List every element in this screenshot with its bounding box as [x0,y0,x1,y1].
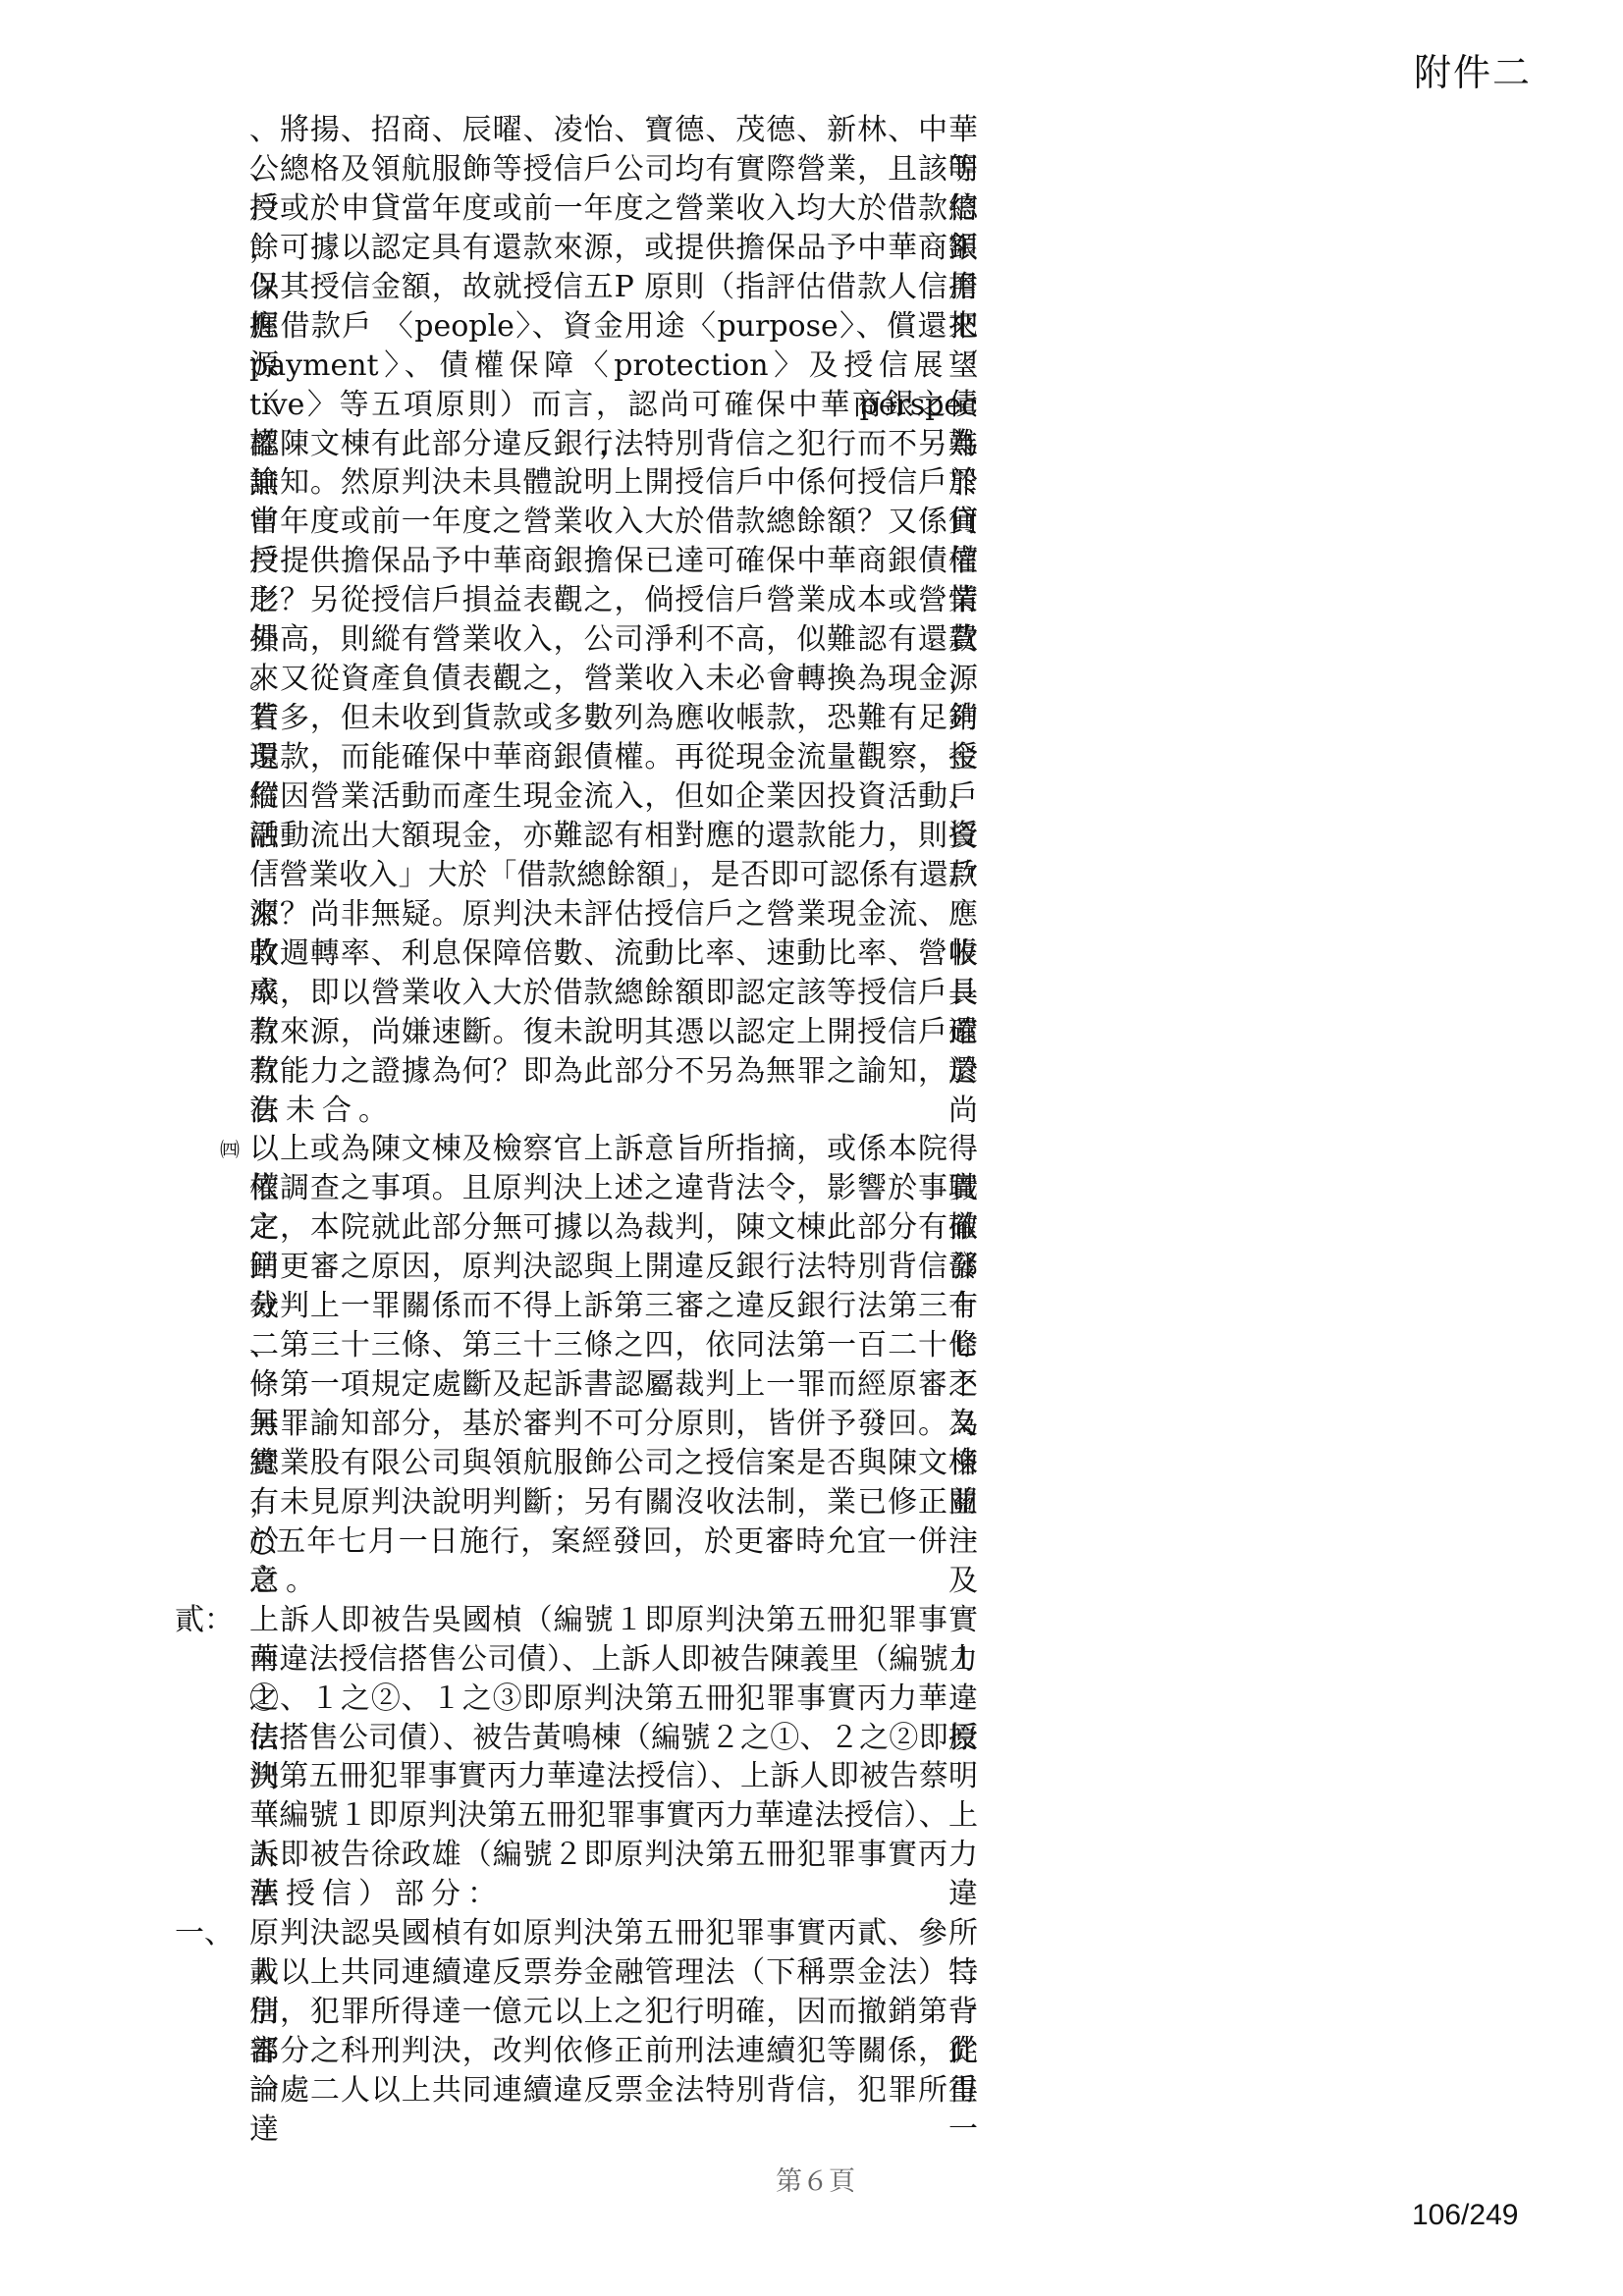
text-line: 定，本院就此部分無可據以為裁判，陳文棟此部分有撤銷發 [249,1208,978,1248]
text-line: 縱因營業活動而產生現金流入，但如企業因投資活動、融資 [249,777,978,817]
page-count: 106/249 [1412,2199,1518,2232]
text-line: 保其授信金額，故就授信五P 原則（指評估借款人信用應把 [249,268,978,307]
page-number: 第６頁 [776,2160,855,2198]
text-line: 、總格及領航服飾等授信戶公司均有實際營業，且該等授信 [249,150,978,189]
list-marker: 貳： [175,1601,234,1640]
text-line: 之。 [249,1562,322,1601]
text-line: ○五年七月一日施行，案經發回，於更審時允宜一併注意及 [249,1522,978,1562]
text-line: 「營業收入」大於「借款總餘額」，是否即可認係有還款來 [249,856,978,895]
text-line: 。又從資產負債表觀之，營業收入未必會轉換為現金，若銷 [249,660,978,699]
text-line: 、將揚、招商、辰曜、凌怡、寶德、茂德、新林、中華公明 [249,111,978,150]
text-line: 諭知。然原判決未具體說明上開授信戶中係何授信戶於申貸 [249,463,978,503]
list-marker: ㈣ [220,1130,240,1169]
text-line: 人即被告徐政雄（編號２即原判決第五冊犯罪事實丙力華違 [249,1836,978,1875]
text-line: 回更審之原因，原判決認與上開違反銀行法特別背信部分有 [249,1248,978,1287]
text-line: ，可據以認定具有還款來源，或提供擔保品予中華商銀以擔 [249,229,978,268]
text-line: 論處二人以上共同連續違反票金法特別背信，犯罪所得達一 [249,2071,978,2110]
text-line: 源？尚非無疑。原判決未評估授信戶之營業現金流、應收帳 [249,895,978,934]
annex-label: 附件二 [1414,51,1532,94]
text-line: 法授信）部分： [249,1875,504,1914]
text-line: 人以上共同連續違反票券金融管理法（下稱票金法）特別背 [249,1953,978,1993]
text-line: 戶或於申貸當年度或前一年度之營業收入均大於借款總餘額 [249,189,978,229]
text-line: 活動流出大額現金，亦難認有相對應的還款能力，則授信戶 [249,817,978,856]
text-line: 信搭售公司債）、被告黃鳴棟（編號２之①、２之②即原判 [249,1719,978,1758]
text-line: 款來源，尚嫌速斷。復未說明其憑以認定上開授信戶確有還 [249,1013,978,1052]
text-line: 貨多，但未收到貨款或多數列為應收帳款，恐難有足夠現金 [249,699,978,738]
text-line: 有未合。 [249,1092,395,1131]
list-marker: 一、 [175,1914,234,1953]
text-line: 款週轉率、利息保障倍數、流動比率、速動比率、營收成長 [249,934,978,974]
text-line: 率，即以營業收入大於借款總餘額即認定該等授信戶具有還 [249,974,978,1013]
text-line: 還款，而能確保中華商銀債權。再從現金流量觀察，授信戶 [249,738,978,777]
text-line: 認陳文棟有此部分違反銀行法特別背信之犯行而不另為無罪 [249,425,978,464]
text-line: （編號１即原判決第五冊犯罪事實丙力華違法授信）、上訴 [249,1796,978,1836]
text-line: 一第一項規定處斷及起訴書認屬裁判上一罪而經原審不另為 [249,1365,978,1405]
text-line: tive〉等五項原則）而言，認尚可確保中華商銀之債權，難 [249,386,978,425]
text-line: 握借款戶 〈people〉、資金用途〈purpose〉、償還來源〈 [249,307,978,347]
text-line: 上訴人即被告吳國楨（編號１即原判決第五冊犯罪事實丙力 [249,1601,978,1640]
text-line: 權調查之事項。且原判決上述之違背法令，影響於事實之確 [249,1169,978,1208]
text-line: 當年度或前一年度之營業收入大於借款總餘額？又係何授信 [249,503,978,542]
text-line: payment〉、債權保障〈protection〉及授信展望〈perspec [249,347,978,386]
text-line: 損高，則縱有營業收入，公司淨利不高，似難認有還款來源 [249,620,978,660]
text-line: 華違法授信搭售公司債）、上訴人即被告陳義里（編號１之 [249,1640,978,1680]
text-line: 裁判上一罪關係而不得上訴第三審之違反銀行法第三十二條 [249,1287,978,1326]
text-line: 信，犯罪所得達一億元以上之犯行明確，因而撤銷第一審此 [249,1993,978,2032]
text-line: 無罪諭知部分，基於審判不可分原則，皆併予發回。又總格 [249,1405,978,1444]
text-line: ①、１之②、１之③即原判決第五冊犯罪事實丙力華違法授 [249,1680,978,1719]
text-line: 決第五冊犯罪事實丙力華違法授信）、上訴人即被告蔡明華 [249,1757,978,1796]
text-line: 原判決認吳國楨有如原判決第五冊犯罪事實丙貳、參所載二 [249,1914,978,1953]
text-line: ，未見原判決說明判斷；另有關沒收法制，業已修正並於一 [249,1483,978,1522]
text-line: 形？另從授信戶損益表觀之，倘授信戶營業成本或營業外費 [249,581,978,620]
text-line: 戶提供擔保品予中華商銀擔保已達可確保中華商銀債權之情 [249,542,978,581]
text-line: 款能力之證據為何？即為此部分不另為無罪之諭知，於法尚 [249,1052,978,1092]
text-line: 、第三十三條、第三十三條之四，依同法第一百二十七條之 [249,1326,978,1365]
text-line: 部分之科刑判決，改判依修正前刑法連續犯等關係，從一重 [249,2032,978,2071]
text-line: 以上或為陳文棟及檢察官上訴意旨所指摘，或係本院得依職 [249,1130,978,1169]
text-line: 實業股有限公司與領航服飾公司之授信案是否與陳文棟有關 [249,1444,978,1483]
